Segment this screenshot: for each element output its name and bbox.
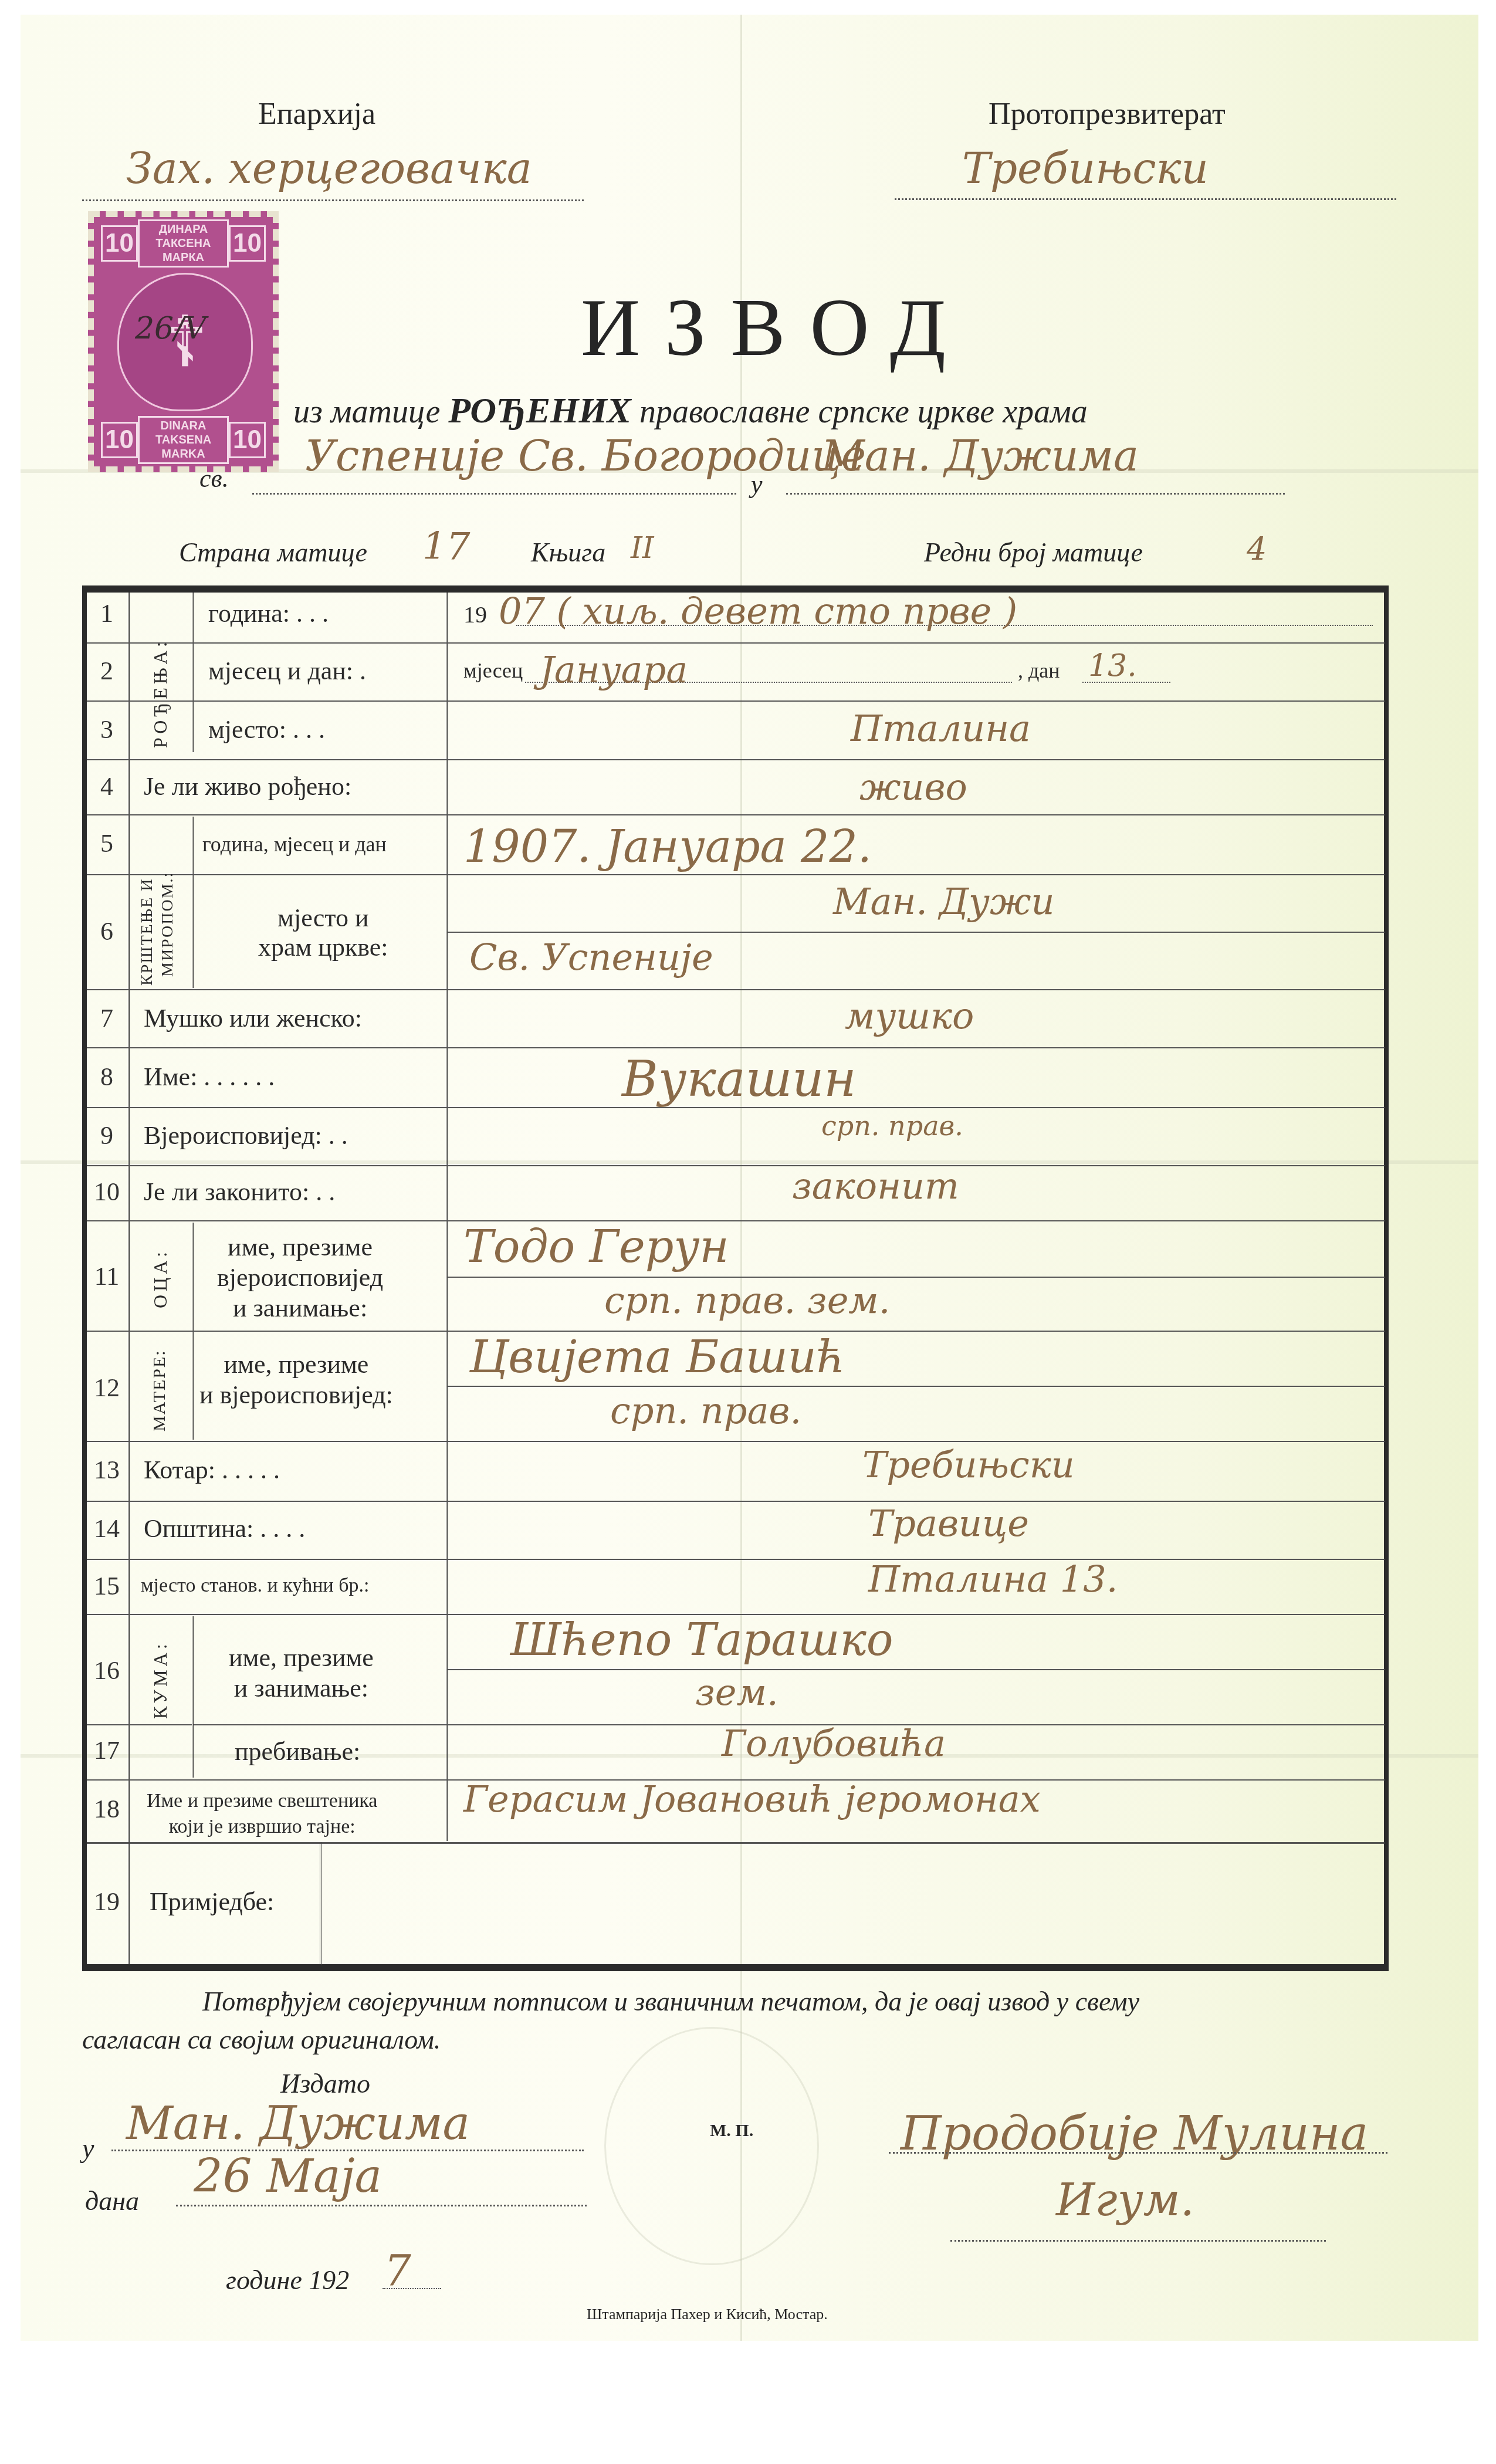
subtitle-bold: РОЂЕНИХ bbox=[448, 391, 631, 431]
stamp-top-text-1: ДИНАРА bbox=[159, 223, 208, 236]
signature-title: Игум. bbox=[1056, 2174, 1194, 2226]
issued-year-dotted-line bbox=[383, 2288, 441, 2289]
row-label-religion: Вјероисповијед: . . bbox=[144, 1121, 348, 1150]
row-number: 15 bbox=[86, 1571, 128, 1601]
group-label-baptism: КРШТЕЊЕ И bbox=[138, 878, 157, 986]
value-priest: Герасим Јовановић јеромонах bbox=[463, 1778, 1041, 1820]
issued-date-dotted-line bbox=[176, 2205, 587, 2206]
church-prefix: св. bbox=[199, 463, 229, 493]
issued-date-label: дана bbox=[85, 2185, 139, 2216]
row-subdivider bbox=[447, 932, 1385, 933]
row-label-godparent-residence: пребивање: bbox=[235, 1737, 360, 1766]
row-number: 14 bbox=[86, 1514, 128, 1544]
row-label-baptism-date: година, мјесец и дан bbox=[202, 832, 387, 857]
stamp-top-text-2: ТАКСЕНА МАРКА bbox=[155, 237, 211, 264]
printer-credit: Штампарија Пахер и Кисић, Мостар. bbox=[587, 2306, 828, 2323]
group-label-mother: МАТЕРЕ: bbox=[150, 1349, 170, 1431]
row-subdivider bbox=[447, 1277, 1385, 1278]
subtitle-suffix: православне српске цркве храма bbox=[639, 394, 1088, 430]
value-mother-name: Цвијета Башић bbox=[469, 1331, 845, 1383]
value-godparent-residence: Голубовића bbox=[722, 1722, 946, 1765]
issued-label: Издато bbox=[280, 2068, 370, 2099]
eparchy-dotted-line bbox=[82, 199, 584, 201]
row-divider bbox=[87, 989, 1385, 990]
row-number: 1 bbox=[86, 598, 128, 628]
register-book-label: Књига bbox=[531, 537, 605, 568]
row-divider bbox=[87, 814, 1385, 815]
row-divider bbox=[87, 759, 1385, 760]
value-birth-place: Пталина bbox=[851, 707, 1031, 750]
church-value: Успеније Св. Богородице bbox=[305, 431, 866, 480]
document-subtitle: из матице РОЂЕНИХ православне српске црк… bbox=[293, 390, 1088, 432]
row-number: 12 bbox=[86, 1373, 128, 1403]
certification-line-2: сагласан са својим оригиналом. bbox=[82, 2024, 441, 2055]
register-serial-value: 4 bbox=[1247, 531, 1267, 568]
value-baptism-monastery: Ман. Дужи bbox=[833, 880, 1054, 923]
row-label-remarks: Примједбе: bbox=[150, 1887, 274, 1917]
row-number: 4 bbox=[86, 771, 128, 801]
row-number: 13 bbox=[86, 1455, 128, 1485]
row-subdivider bbox=[447, 1386, 1385, 1387]
year-prefix: 19 bbox=[463, 601, 487, 628]
stamp-value: 10 bbox=[101, 225, 138, 262]
value-residence: Пталина 13. bbox=[868, 1558, 1118, 1600]
value-mother-details: срп. прав. bbox=[610, 1389, 801, 1432]
group-divider bbox=[192, 1616, 194, 1778]
value-baptism-date: 1907. Јануара 22. bbox=[463, 820, 872, 872]
group-label-godparent: КУМА: bbox=[150, 1640, 171, 1719]
row-divider bbox=[87, 1501, 1385, 1502]
stamp-bottom-text-2: TAKSENA MARKA bbox=[155, 434, 211, 461]
row-divider bbox=[87, 1724, 192, 1725]
row-number: 6 bbox=[86, 916, 128, 946]
subtitle-prefix: из матице bbox=[293, 394, 440, 430]
value-sex: мушко bbox=[845, 994, 974, 1037]
protopresbytery-value: Требињски bbox=[962, 144, 1209, 193]
row-divider bbox=[87, 1047, 1385, 1048]
row-label-month-day: мјесец и дан: . bbox=[208, 656, 366, 686]
row-divider bbox=[87, 642, 1385, 644]
church-dotted-line bbox=[252, 493, 736, 495]
row-number: 8 bbox=[86, 1062, 128, 1092]
row-divider bbox=[87, 1559, 1385, 1560]
value-day: 13. bbox=[1088, 648, 1137, 683]
value-month: Јануара bbox=[540, 648, 688, 691]
register-page-label: Страна матице bbox=[179, 537, 367, 568]
row-label-live-birth: Је ли живо рођено: bbox=[144, 771, 351, 801]
remarks-divider bbox=[320, 1842, 321, 1965]
value-religion: срп. прав. bbox=[821, 1110, 963, 1142]
issued-place-value: Ман. Дужима bbox=[126, 2097, 470, 2150]
stamp-bottom-band: 10 DINARA TAKSENA MARKA 10 bbox=[101, 419, 266, 461]
value-godparent-occupation: зем. bbox=[695, 1671, 779, 1714]
row-number: 3 bbox=[86, 715, 128, 744]
row-label-district: Котар: . . . . . bbox=[144, 1455, 280, 1485]
month-prefix: мјесец bbox=[463, 658, 523, 683]
issued-place-label: у bbox=[82, 2133, 94, 2164]
row-number: 18 bbox=[86, 1794, 128, 1824]
document-title: ИЗВОД bbox=[581, 280, 970, 375]
stamp-value: 10 bbox=[229, 422, 266, 458]
row-number: 10 bbox=[86, 1177, 128, 1207]
row-number: 5 bbox=[86, 828, 128, 858]
register-book-value: II bbox=[631, 531, 654, 565]
row-number: 19 bbox=[86, 1887, 128, 1917]
stamp-top-band: 10 ДИНАРА ТАКСЕНА МАРКА 10 bbox=[101, 223, 266, 264]
row-label-father: име, презиме вјероисповијед и занимање: bbox=[217, 1232, 383, 1324]
row-number: 17 bbox=[86, 1735, 128, 1765]
column-divider bbox=[446, 593, 448, 1841]
revenue-stamp: 10 ДИНАРА ТАКСЕНА МАРКА 10 ☦ 26/V 10 DIN… bbox=[88, 211, 279, 472]
row-number: 16 bbox=[86, 1656, 128, 1685]
day-label: , дан bbox=[1018, 658, 1060, 683]
row-label-sex: Мушко или женско: bbox=[144, 1003, 362, 1033]
value-district: Требињски bbox=[862, 1443, 1075, 1486]
stamp-bottom-text: DINARA TAKSENA MARKA bbox=[138, 416, 229, 464]
row-label-municipality: Општина: . . . . bbox=[144, 1514, 305, 1544]
stamp-top-text: ДИНАРА ТАКСЕНА МАРКА bbox=[138, 219, 229, 268]
row-label-residence: мјесто станов. и кућни бр.: bbox=[141, 1575, 369, 1597]
row-divider bbox=[87, 1220, 1385, 1221]
row-divider bbox=[87, 700, 1385, 702]
row-label-year: година: . . . bbox=[208, 598, 329, 628]
row-label-mother: име, презиме и вјероисповијед: bbox=[199, 1349, 393, 1410]
certification-line-1: Потврђујем својеручним потписом и званич… bbox=[202, 1986, 1139, 2017]
row-divider bbox=[87, 1441, 1385, 1442]
stamp-cancel-mark: 26/V bbox=[135, 311, 206, 346]
group-label-birth: РОЂЕЊА: bbox=[150, 638, 171, 748]
register-serial-label: Редни број матице bbox=[924, 537, 1143, 568]
issued-year-label: године 192 bbox=[226, 2265, 349, 2296]
row-divider bbox=[87, 1165, 1385, 1166]
value-godparent-name: Шћепо Тарашко bbox=[510, 1613, 893, 1666]
row-label-legitimate: Је ли законито: . . bbox=[144, 1177, 335, 1207]
eparchy-label: Епархија bbox=[258, 97, 375, 131]
church-in-label: у bbox=[751, 469, 763, 499]
row-label-godparent: име, презиме и занимање: bbox=[229, 1643, 374, 1704]
row-subdivider bbox=[447, 1669, 1385, 1670]
stamp-value: 10 bbox=[229, 225, 266, 262]
church-location-dotted-line bbox=[786, 493, 1285, 495]
signature-dotted-line bbox=[889, 2152, 1387, 2154]
value-live-birth: живо bbox=[859, 766, 967, 808]
row-number: 9 bbox=[86, 1121, 128, 1150]
group-divider bbox=[192, 817, 194, 988]
issued-date-value: 26 Маја bbox=[194, 2150, 382, 2203]
row-label-baptism-place: мјесто и храм цркве: bbox=[258, 903, 388, 962]
column-divider bbox=[128, 593, 130, 1964]
row-divider bbox=[87, 1842, 1385, 1844]
value-legitimate: законит bbox=[792, 1165, 959, 1207]
row-divider bbox=[87, 874, 1385, 875]
value-father-name: Тодо Герун bbox=[463, 1220, 729, 1272]
row-label-priest: Име и презиме свештеника који је извршио… bbox=[147, 1788, 377, 1840]
group-label-baptism: МИРОПОМ.: bbox=[158, 872, 177, 977]
faded-seal-imprint bbox=[604, 2027, 819, 2265]
row-label-place: мјесто: . . . bbox=[208, 715, 325, 744]
row-number: 11 bbox=[86, 1261, 128, 1291]
row-number: 7 bbox=[86, 1003, 128, 1033]
eparchy-value: Зах. херцеговачка bbox=[126, 144, 532, 193]
protopresbytery-dotted-line bbox=[895, 198, 1396, 200]
value-father-details: срп. прав. зем. bbox=[604, 1279, 890, 1322]
value-name: Вукашин bbox=[622, 1050, 857, 1108]
row-number: 2 bbox=[86, 656, 128, 686]
signature-title-dotted-line bbox=[950, 2240, 1326, 2242]
group-divider bbox=[192, 593, 194, 752]
value-year: 07 ( хиљ. девет сто прве ) bbox=[499, 590, 1017, 632]
row-label-name: Име: . . . . . . bbox=[144, 1062, 275, 1092]
value-municipality: Травице bbox=[868, 1502, 1029, 1545]
register-page-value: 17 bbox=[422, 525, 470, 568]
protopresbytery-label: Протопрезвитерат bbox=[989, 97, 1226, 131]
value-baptism-church: Св. Успеније bbox=[469, 936, 713, 979]
stamp-bottom-text-1: DINARA bbox=[161, 419, 207, 432]
stamp-value: 10 bbox=[101, 422, 138, 458]
church-location: Ман. Дужима bbox=[821, 431, 1139, 480]
group-label-father: ОЦА: bbox=[150, 1248, 171, 1308]
